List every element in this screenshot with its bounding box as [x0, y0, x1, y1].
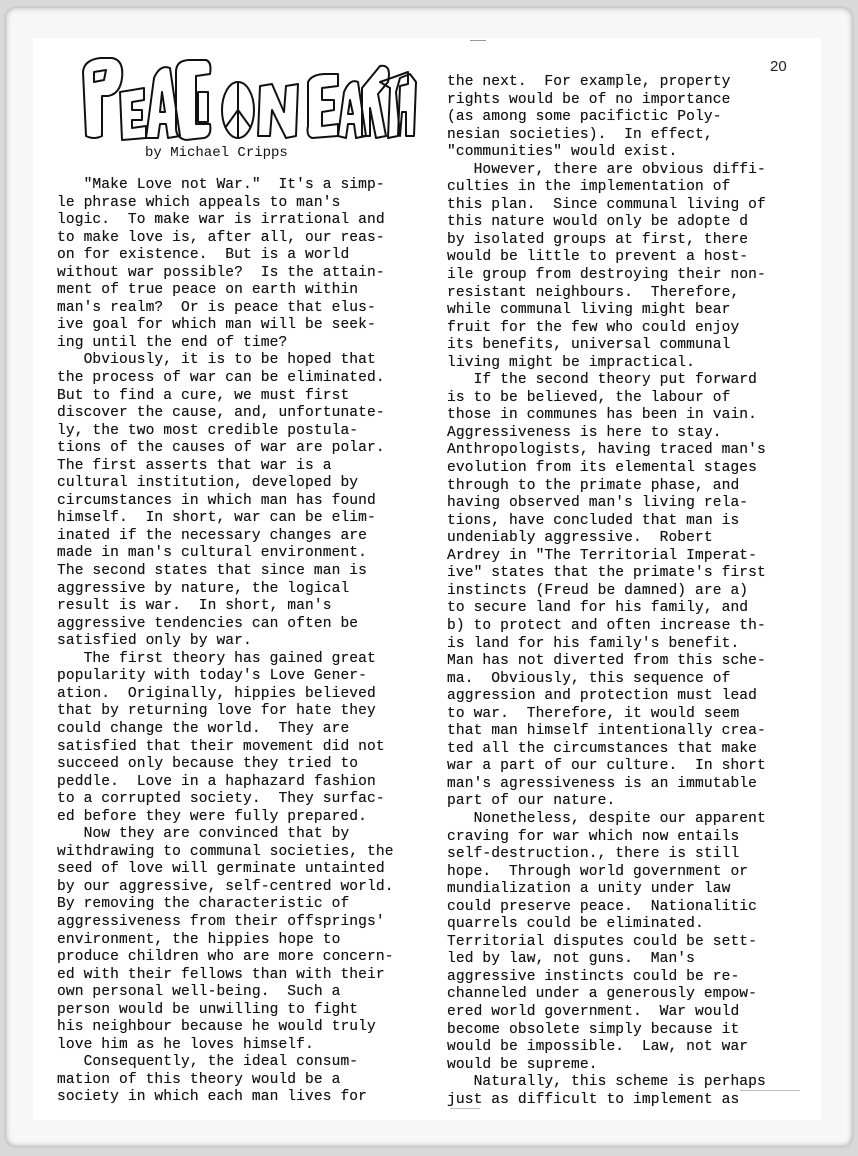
text-line: having observed man's living rela- [447, 495, 766, 513]
text-line: le phrase which appeals to man's [57, 195, 394, 213]
text-line: b) to protect and often increase th- [447, 618, 766, 636]
text-line: Now they are convinced that by [57, 826, 394, 844]
text-line: The second states that since man is [57, 563, 394, 581]
text-line: environment, the hippies hope to [57, 932, 394, 950]
text-line: man's realm? Or is peace that elus- [57, 300, 394, 318]
text-line: on for existence. But is a world [57, 247, 394, 265]
text-line: aggressive instincts could be re- [447, 969, 766, 987]
text-line: peddle. Love in a haphazard fashion [57, 774, 394, 792]
text-line: would be little to prevent a host- [447, 249, 766, 267]
text-line: "Make Love not War." It's a simp- [57, 177, 394, 195]
text-line: quarrels could be eliminated. [447, 916, 766, 934]
text-line: ted all the circumstances that make [447, 741, 766, 759]
text-line: to make love is, after all, our reas- [57, 230, 394, 248]
text-line: aggressive by nature, the logical [57, 581, 394, 599]
text-line: ed before they were fully prepared. [57, 809, 394, 827]
text-line: cultural institution, developed by [57, 475, 394, 493]
text-line: undeniably aggressive. Robert [447, 530, 766, 548]
text-line: ile group from destroying their non- [447, 267, 766, 285]
text-line: aggression and protection must lead [447, 688, 766, 706]
text-line: withdrawing to communal societies, the [57, 844, 394, 862]
text-line: craving for war which now entails [447, 829, 766, 847]
text-line: ive goal for which man will be seek- [57, 317, 394, 335]
text-line: would be impossible. Law, not war [447, 1039, 766, 1057]
text-line: part of our nature. [447, 793, 766, 811]
text-line: could change the world. They are [57, 721, 394, 739]
text-line: own personal well-being. Such a [57, 984, 394, 1002]
text-line: Man has not diverted from this sche- [447, 653, 766, 671]
text-line: satisfied only by war. [57, 633, 394, 651]
byline: by Michael Cripps [145, 145, 288, 161]
text-line: become obsolete simply because it [447, 1022, 766, 1040]
text-line: this plan. Since communal living of [447, 197, 766, 215]
text-line: aggressiveness from their offsprings' [57, 914, 394, 932]
text-line: ma. Obviously, this sequence of [447, 671, 766, 689]
text-line: to war. Therefore, it would seem [447, 706, 766, 724]
text-line: Nonetheless, despite our apparent [447, 811, 766, 829]
text-line: instincts (Freud be damned) are a) [447, 583, 766, 601]
text-line: mation of this theory would be a [57, 1072, 394, 1090]
text-line: (as among some pacifictic Poly- [447, 109, 766, 127]
text-line: If the second theory put forward [447, 372, 766, 390]
text-line: himself. In short, war can be elim- [57, 510, 394, 528]
text-line: ed with their fellows than with their [57, 967, 394, 985]
text-line: fruit for the few who could enjoy [447, 320, 766, 338]
text-line: led by law, not guns. Man's [447, 951, 766, 969]
text-line: by our aggressive, self-centred world. [57, 879, 394, 897]
text-line: ation. Originally, hippies believed [57, 686, 394, 704]
text-line: without war possible? Is the attain- [57, 265, 394, 283]
text-line: popularity with today's Love Gener- [57, 668, 394, 686]
text-line: is to be believed, the labour of [447, 390, 766, 408]
text-line: Consequently, the ideal consum- [57, 1054, 394, 1072]
text-line: those in communes has been in vain. [447, 407, 766, 425]
text-line: But to find a cure, we must first [57, 388, 394, 406]
text-line: "communities" would exist. [447, 144, 766, 162]
text-line: ered world government. War would [447, 1004, 766, 1022]
text-line: to secure land for his family, and [447, 600, 766, 618]
text-line: the next. For example, property [447, 74, 766, 92]
text-line: tions, have concluded that man is [447, 513, 766, 531]
text-line: Naturally, this scheme is perhaps [447, 1074, 766, 1092]
text-line: rights would be of no importance [447, 92, 766, 110]
text-line: war a part of our culture. In short [447, 758, 766, 776]
title-lettering [83, 58, 416, 140]
text-line: evolution from its elemental stages [447, 460, 766, 478]
text-line: that man himself intentionally crea- [447, 723, 766, 741]
text-line: aggressive tendencies can often be [57, 616, 394, 634]
text-line: person would be unwilling to fight [57, 1002, 394, 1020]
text-line: channeled under a generously empow- [447, 986, 766, 1004]
text-line: seed of love will germinate untainted [57, 861, 394, 879]
text-line: succeed only because they tried to [57, 756, 394, 774]
text-line: logic. To make war is irrational and [57, 212, 394, 230]
text-line: his neighbour because he would truly [57, 1019, 394, 1037]
text-line: man's agressiveness is an immutable [447, 776, 766, 794]
title-art [80, 52, 420, 148]
text-line: circumstances in which man has found [57, 493, 394, 511]
text-line: love him as he loves himself. [57, 1037, 394, 1055]
text-line: satisfied that their movement did not [57, 739, 394, 757]
text-line: that by returning love for hate they [57, 703, 394, 721]
text-line: ment of true peace on earth within [57, 282, 394, 300]
right-column: the next. For example, propertyrights wo… [447, 74, 766, 1109]
text-line: tions of the causes of war are polar. [57, 440, 394, 458]
text-line: ing until the end of time? [57, 335, 394, 353]
text-line: ly, the two most credible postula- [57, 423, 394, 441]
text-line: However, there are obvious diffi- [447, 162, 766, 180]
text-line: hope. Through world government or [447, 864, 766, 882]
text-line: could preserve peace. Nationalitic [447, 899, 766, 917]
text-line: Obviously, it is to be hoped that [57, 352, 394, 370]
text-line: made in man's cultural environment. [57, 545, 394, 563]
left-column: "Make Love not War." It's a simp-le phra… [57, 177, 394, 1107]
text-line: nesian societies). In effect, [447, 127, 766, 145]
page-number: 20 [770, 58, 787, 75]
text-line: to a corrupted society. They surfac- [57, 791, 394, 809]
text-line: just as difficult to implement as [447, 1092, 766, 1110]
text-line: is land for his family's benefit. [447, 636, 766, 654]
text-line: would be supreme. [447, 1057, 766, 1075]
text-line: Aggressiveness is here to stay. [447, 425, 766, 443]
text-line: resistant neighbours. Therefore, [447, 285, 766, 303]
text-line: through to the primate phase, and [447, 478, 766, 496]
text-line: the process of war can be eliminated. [57, 370, 394, 388]
text-line: By removing the characteristic of [57, 896, 394, 914]
text-line: result is war. In short, man's [57, 598, 394, 616]
text-line: its benefits, universal communal [447, 337, 766, 355]
text-line: Territorial disputes could be sett- [447, 934, 766, 952]
text-line: while communal living might bear [447, 302, 766, 320]
text-line: mundialization a unity under law [447, 881, 766, 899]
text-line: Anthropologists, having traced man's [447, 442, 766, 460]
text-line: self-destruction., there is still [447, 846, 766, 864]
text-line: inated if the necessary changes are [57, 528, 394, 546]
text-line: The first asserts that war is a [57, 458, 394, 476]
text-line: Ardrey in "The Territorial Imperat- [447, 548, 766, 566]
text-line: The first theory has gained great [57, 651, 394, 669]
text-line: discover the cause, and, unfortunate- [57, 405, 394, 423]
text-line: produce children who are more concern- [57, 949, 394, 967]
text-line: living might be impractical. [447, 355, 766, 373]
text-line: this nature would only be adopte d [447, 214, 766, 232]
text-line: ive" states that the primate's first [447, 565, 766, 583]
text-line: society in which each man lives for [57, 1089, 394, 1107]
text-line: by isolated groups at first, there [447, 232, 766, 250]
text-line: culties in the implementation of [447, 179, 766, 197]
